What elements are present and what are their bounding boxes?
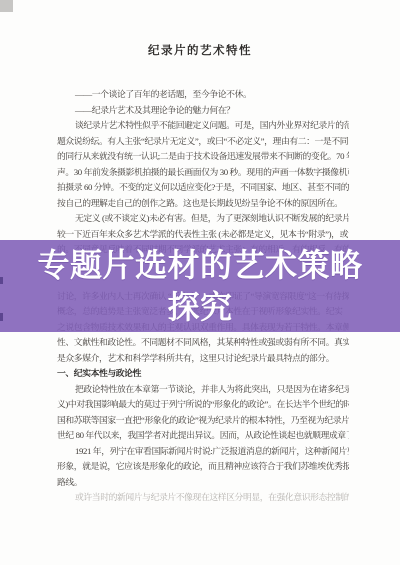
text-line: 世纪 80 年代以来，我国学者对此提出异议。因而，从政论性谈起也就顺理成章了。 (57, 428, 349, 444)
text-line: 1921 年，列宁在审看国际新闻片时说:广泛报道消息的新闻片，这种新闻片要有适当… (57, 444, 349, 460)
overlay-band: 专题片选材的艺术策略 探究 (0, 240, 400, 332)
text-line: 路线。 (57, 475, 349, 491)
text-line: 或许当时的新闻片与纪录片不像现在这样区分明显，在强化意识形态控制的苏联，列宁 (57, 490, 349, 506)
overlay-title-line1: 专题片选材的艺术策略 (37, 244, 362, 286)
text-line: 声。30 年前发条摄影机拍摄的最长画面仅为 30 秒。现用的声画一体数字摄像机可… (57, 165, 349, 181)
text-line: 按自己的理解走自己的创作之路。这也是长期歧见纷呈争论不休的原因所在。 (57, 196, 349, 212)
text-line: 把政论特性放在本章第一节谈论，并非人为将此突出，只是因为在诸多纪录片概念 (定 (57, 382, 349, 398)
text-line: 谈纪录片艺术特性似乎不能回避定义问题。可是，国内外业界对纪录片的范畴、定义问 (57, 118, 349, 134)
overlay-title-line2: 探究 (167, 286, 232, 328)
text-line: 是众多媒介，艺术和科学学科所共有，这里只讨论纪录片最具特点的部分。 (57, 351, 349, 367)
text-line: 的同行从来就没有统一认识;二是由于技术设备迅速发展带来不间断的变化。70 年前有… (57, 149, 349, 165)
scan-edge-artifact (0, 313, 3, 321)
text-line: 国和苏联等国家一直把“形象化的政论”视为纪录片的根本特性，乃至视为纪录片定义。2… (57, 413, 349, 429)
text-line: 题众说纷纭。有人主张“纪录片无定义”，或曰“不必定义”，理由有二：一是不同国家和… (57, 134, 349, 150)
document-page: 纪录片的艺术特性 ——一个谈论了百年的老话题，至今争论不休。——纪录片艺术及其理… (0, 0, 400, 565)
text-line: 义)中对我国影响最大的莫过于列宁所说的“形象化的政论”。在长达半个世纪的时间里，… (57, 397, 349, 413)
text-line: 无定义 (或不谈定义)未必有害。但是，为了更深刻地认识不断发展的纪录片特性，比 (57, 211, 349, 227)
text-line: ——纪录片艺术及其理论争论的魅力何在？ (57, 103, 349, 119)
text-line: 一、纪实本性与政论性 (57, 366, 349, 382)
text-line: 性、文献性和政论性。不同题材不同风格，其某种特性或强或弱有所不同。真实性、文献性 (57, 335, 349, 351)
text-line: ——一个谈论了百年的老话题，至今争论不休。 (57, 87, 349, 103)
text-line: 形象，就是说，它应该是形象化的政论，而且精神应该符合于我们苏维埃优秀报纸所遵循的 (57, 459, 349, 475)
page-title: 纪录片的艺术特性 (0, 42, 400, 58)
text-line: 拍摄录 60 分钟。不变的定义何以适应变化?于是，不同国家、地区、甚至不同的人，… (57, 180, 349, 196)
scan-corner-artifact (0, 0, 13, 12)
scan-edge-artifact (0, 277, 3, 284)
